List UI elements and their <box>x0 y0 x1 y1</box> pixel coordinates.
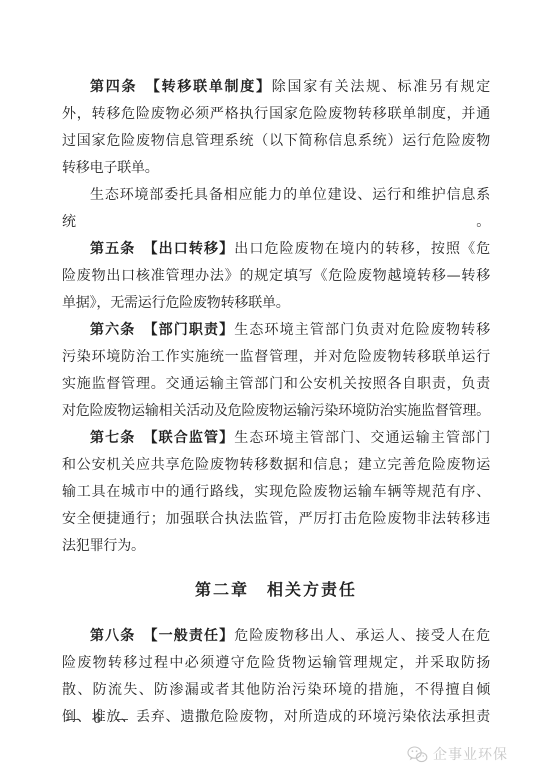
chapter-heading: 第二章 相关方责任 <box>62 576 490 603</box>
article-line: 外，转移危险废物必须严格执行国家危险废物转移联单制度，并通 <box>62 101 490 128</box>
article-line: 输工具在城市中的通行路线，实现危险废物运输车辆等规范有序、 <box>62 479 490 506</box>
article-line: 和公安机关应共享危险废物转移数据和信息；建立完善危险废物运 <box>62 452 490 479</box>
wechat-icon <box>407 746 428 763</box>
article-line: 单据》，无需运行危险废物转移联单。 <box>62 290 490 317</box>
article-line: 对危险废物运输相关活动及危险废物运输污染环境防治实施监督管理。 <box>62 398 490 425</box>
article-line: 险废物转移过程中必须遵守危险货物运输管理规定，并采取防扬 <box>62 650 490 677</box>
paragraph-line: 生态环境部委托具备相应能力的单位建设、运行和维护信息系统。 <box>62 182 490 236</box>
article-line: 第六条 【部门职责】生态环境主管部门负责对危险废物转移 <box>62 317 490 344</box>
article-line: 第七条 【联合监管】生态环境主管部门、交通运输主管部门 <box>62 425 490 452</box>
document-page: 第四条 【转移联单制度】除国家有关法规、标准另有规定外，转移危险废物必须严格执行… <box>0 0 550 778</box>
article-line: 第四条 【转移联单制度】除国家有关法规、标准另有规定 <box>62 74 490 101</box>
article-line: 险废物出口核准管理办法》的规定填写《危险废物越境转移—转移 <box>62 263 490 290</box>
article-number-and-tag: 第四条 【转移联单制度】 <box>90 79 272 95</box>
article-line: 安全便捷通行；加强联合执法监管，严厉打击危险废物非法转移违 <box>62 506 490 533</box>
article-number-and-tag: 第五条 【出口转移】 <box>90 241 234 257</box>
article-line: 散、防流失、防渗漏或者其他防治污染环境的措施，不得擅自倾 <box>62 677 490 704</box>
article-number-and-tag: 第六条 【部门职责】 <box>90 322 234 338</box>
article-line: 第五条 【出口转移】出口危险废物在境内的转移，按照《危 <box>62 236 490 263</box>
article-line: 实施监督管理。交通运输主管部门和公安机关按照各自职责，负责 <box>62 371 490 398</box>
watermark: 企事业环保 <box>407 744 508 764</box>
watermark-label: 企事业环保 <box>433 744 508 764</box>
page-number: — 6 — <box>66 712 131 727</box>
article-number-and-tag: 第七条 【联合监管】 <box>90 430 234 446</box>
article-line: 过国家危险废物信息管理系统（以下简称信息系统）运行危险废物 <box>62 128 490 155</box>
article-line: 污染环境防治工作实施统一监督管理，并对危险废物转移联单运行 <box>62 344 490 371</box>
article-number-and-tag: 第八条 【一般责任】 <box>90 628 234 644</box>
article-line: 第八条 【一般责任】危险废物移出人、承运人、接受人在危 <box>62 623 490 650</box>
document-body: 第四条 【转移联单制度】除国家有关法规、标准另有规定外，转移危险废物必须严格执行… <box>62 74 490 731</box>
article-line: 法犯罪行为。 <box>62 533 490 560</box>
article-line: 转移电子联单。 <box>62 155 490 182</box>
